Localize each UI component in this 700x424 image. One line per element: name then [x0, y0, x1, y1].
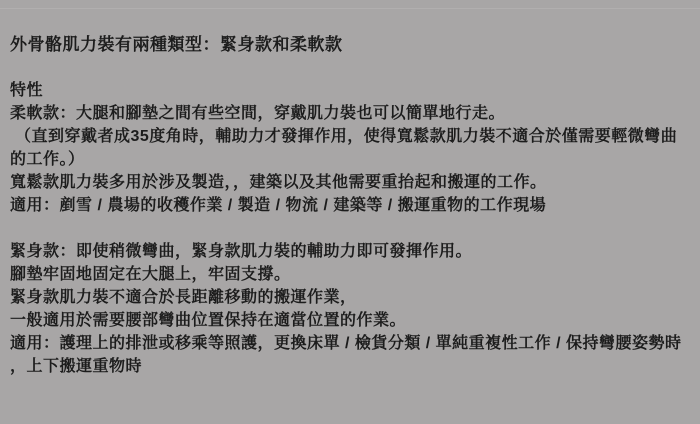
page-title: 外骨骼肌力裝有兩種類型：緊身款和柔軟款: [10, 33, 688, 56]
tight-type-suitability-line: 一般適用於需要腰部彎曲位置保持在適當位置的作業。: [10, 309, 688, 332]
soft-type-applications-line: 適用：剷雪 / 農場的收穫作業 / 製造 / 物流 / 建築等 / 搬運重物的工…: [10, 194, 688, 217]
tight-type-applications-line-2: ，上下搬運重物時: [10, 355, 688, 378]
document-page: 外骨骼肌力裝有兩種類型：緊身款和柔軟款 特性 柔軟款：大腿和腳墊之間有些空間，穿…: [0, 0, 700, 424]
blank-line: [10, 56, 688, 79]
soft-type-note-line-2: 的工作。）: [10, 148, 688, 171]
tight-type-support-line: 腳墊牢固地固定在大腿上，牢固支撐。: [10, 263, 688, 286]
tight-type-applications-line-1: 適用：護理上的排泄或移乘等照護，更換床單 / 檢貨分類 / 單純重複性工作 / …: [10, 332, 688, 355]
tight-type-limitation-line: 緊身款肌力裝不適合於長距離移動的搬運作業，: [10, 286, 688, 309]
blank-line: [10, 217, 688, 240]
top-seam-divider: [0, 8, 700, 9]
tight-type-intro-line: 緊身款：即使稍微彎曲，緊身款肌力裝的輔助力即可發揮作用。: [10, 240, 688, 263]
soft-type-usage-line: 寬鬆款肌力裝多用於涉及製造，，建築以及其他需要重抬起和搬運的工作。: [10, 171, 688, 194]
features-heading: 特性: [10, 79, 688, 102]
soft-type-note-line-1: （直到穿戴者成35度角時，輔助力才發揮作用，使得寬鬆款肌力裝不適合於僅需要輕微彎…: [10, 125, 688, 148]
soft-type-intro-line: 柔軟款：大腿和腳墊之間有些空間，穿戴肌力裝也可以簡單地行走。: [10, 102, 688, 125]
